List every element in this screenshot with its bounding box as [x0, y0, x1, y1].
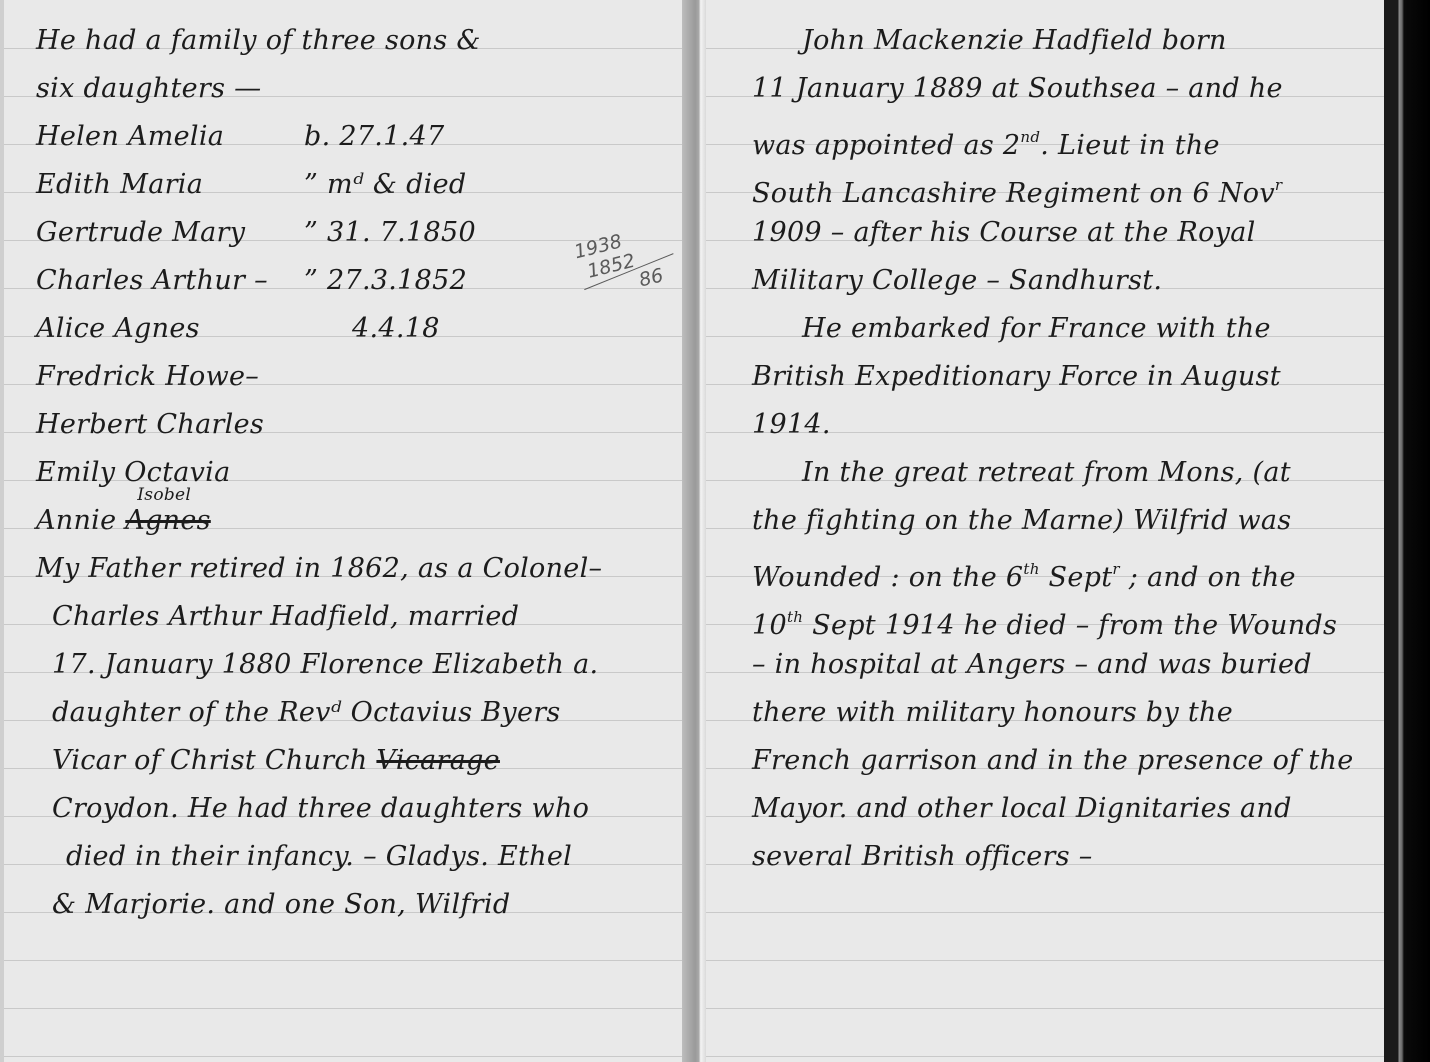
- paragraph-line: Mayor. and other local Dignitaries and: [706, 785, 1384, 833]
- superscript: r: [1112, 560, 1119, 578]
- intro-line-1: He had a family of three sons &: [4, 17, 682, 65]
- paragraph-text: . Lieut in the: [1040, 130, 1220, 161]
- child-name: Edith Maria: [36, 161, 304, 209]
- child-name: Charles Arthur –: [36, 257, 304, 305]
- child-detail: b. 27.1.47: [304, 113, 445, 161]
- child-entry: Fredrick Howe–: [4, 353, 682, 401]
- paragraph-line: died in their infancy. – Gladys. Ethel: [4, 833, 682, 881]
- paragraph-text: Vicar of Christ Church: [52, 745, 368, 776]
- notebook-spread: He had a family of three sons & six daug…: [0, 0, 1430, 1062]
- child-detail: ” 27.3.1852: [304, 257, 467, 305]
- paragraph-line: 17. January 1880 Florence Elizabeth a.: [4, 641, 682, 689]
- paragraph-line: several British officers –: [706, 833, 1384, 881]
- superscript: r: [1275, 176, 1282, 194]
- paragraph-line: Military College – Sandhurst.: [706, 257, 1384, 305]
- left-page: He had a family of three sons & six daug…: [0, 0, 682, 1062]
- superscript: th: [787, 608, 803, 626]
- child-entry: Annie AgnesIsobel: [4, 497, 682, 545]
- paragraph-line: daughter of the Revᵈ Octavius Byers: [4, 689, 682, 737]
- paragraph-line: – in hospital at Angers – and was buried: [706, 641, 1384, 689]
- paragraph-text: Sept: [1040, 562, 1113, 593]
- paragraph-line: 11 January 1889 at Southsea – and he: [706, 65, 1384, 113]
- paragraph-line: the fighting on the Marne) Wilfrid was: [706, 497, 1384, 545]
- paragraph-line: & Marjorie. and one Son, Wilfrid: [4, 881, 682, 929]
- child-name: Annie: [36, 505, 116, 536]
- child-entry: Herbert Charles: [4, 401, 682, 449]
- paragraph-line: 1909 – after his Course at the Royal: [706, 209, 1384, 257]
- paragraph-text: ; and on the: [1120, 562, 1296, 593]
- child-name: Gertrude Mary: [36, 209, 304, 257]
- book-gutter: [682, 0, 706, 1062]
- child-name: Alice Agnes: [36, 305, 304, 353]
- paragraph-line: Charles Arthur Hadfield, married: [4, 593, 682, 641]
- child-name: Helen Amelia: [36, 113, 304, 161]
- paragraph-line: French garrison and in the presence of t…: [706, 737, 1384, 785]
- right-page: John Mackenzie Hadfield born 11 January …: [706, 0, 1384, 1062]
- superscript: th: [1023, 560, 1039, 578]
- paragraph-line: Vicar of Christ Church Vicarage: [4, 737, 682, 785]
- child-detail: ” mᵈ & died: [304, 161, 466, 209]
- paragraph-text: South Lancashire Regiment on 6 Nov: [752, 178, 1275, 209]
- paragraph-line: He embarked for France with the: [706, 305, 1384, 353]
- superscript: nd: [1020, 128, 1040, 146]
- book-cover-edge: [1384, 0, 1430, 1062]
- paragraph-line: 1914.: [706, 401, 1384, 449]
- child-entry: Helen Ameliab. 27.1.47: [4, 113, 682, 161]
- paragraph-line: 10th Sept 1914 he died – from the Wounds: [706, 593, 1384, 641]
- child-detail: ” 31. 7.1850: [304, 209, 476, 257]
- paragraph-line: My Father retired in 1862, as a Colonel–: [4, 545, 682, 593]
- struck-name: Agnes: [125, 505, 211, 536]
- child-name: Fredrick Howe–: [36, 353, 304, 401]
- paragraph-text: 10: [752, 610, 787, 641]
- paragraph-text: Sept 1914 he died – from the Wounds: [803, 610, 1337, 641]
- correction: AgnesIsobel: [125, 505, 211, 536]
- paragraph-text: Wounded : on the 6: [752, 562, 1023, 593]
- paragraph-text: was appointed as 2: [752, 130, 1020, 161]
- paragraph-line: Wounded : on the 6th Septr ; and on the: [706, 545, 1384, 593]
- paragraph-line: there with military honours by the: [706, 689, 1384, 737]
- struck-word: Vicarage: [376, 745, 500, 776]
- child-entry: Alice Agnes4.4.18: [4, 305, 682, 353]
- child-entry: Edith Maria” mᵈ & died: [4, 161, 682, 209]
- intro-line-2: six daughters —: [4, 65, 682, 113]
- paragraph-line: was appointed as 2nd. Lieut in the: [706, 113, 1384, 161]
- child-name: Herbert Charles: [36, 401, 304, 449]
- paragraph-line: John Mackenzie Hadfield born: [706, 17, 1384, 65]
- paragraph-line: British Expeditionary Force in August: [706, 353, 1384, 401]
- child-entry: Emily Octavia: [4, 449, 682, 497]
- inserted-name: Isobel: [137, 485, 191, 505]
- paragraph-line: Croydon. He had three daughters who: [4, 785, 682, 833]
- paragraph-line: In the great retreat from Mons, (at: [706, 449, 1384, 497]
- paragraph-line: South Lancashire Regiment on 6 Novr: [706, 161, 1384, 209]
- child-detail: 4.4.18: [304, 305, 440, 353]
